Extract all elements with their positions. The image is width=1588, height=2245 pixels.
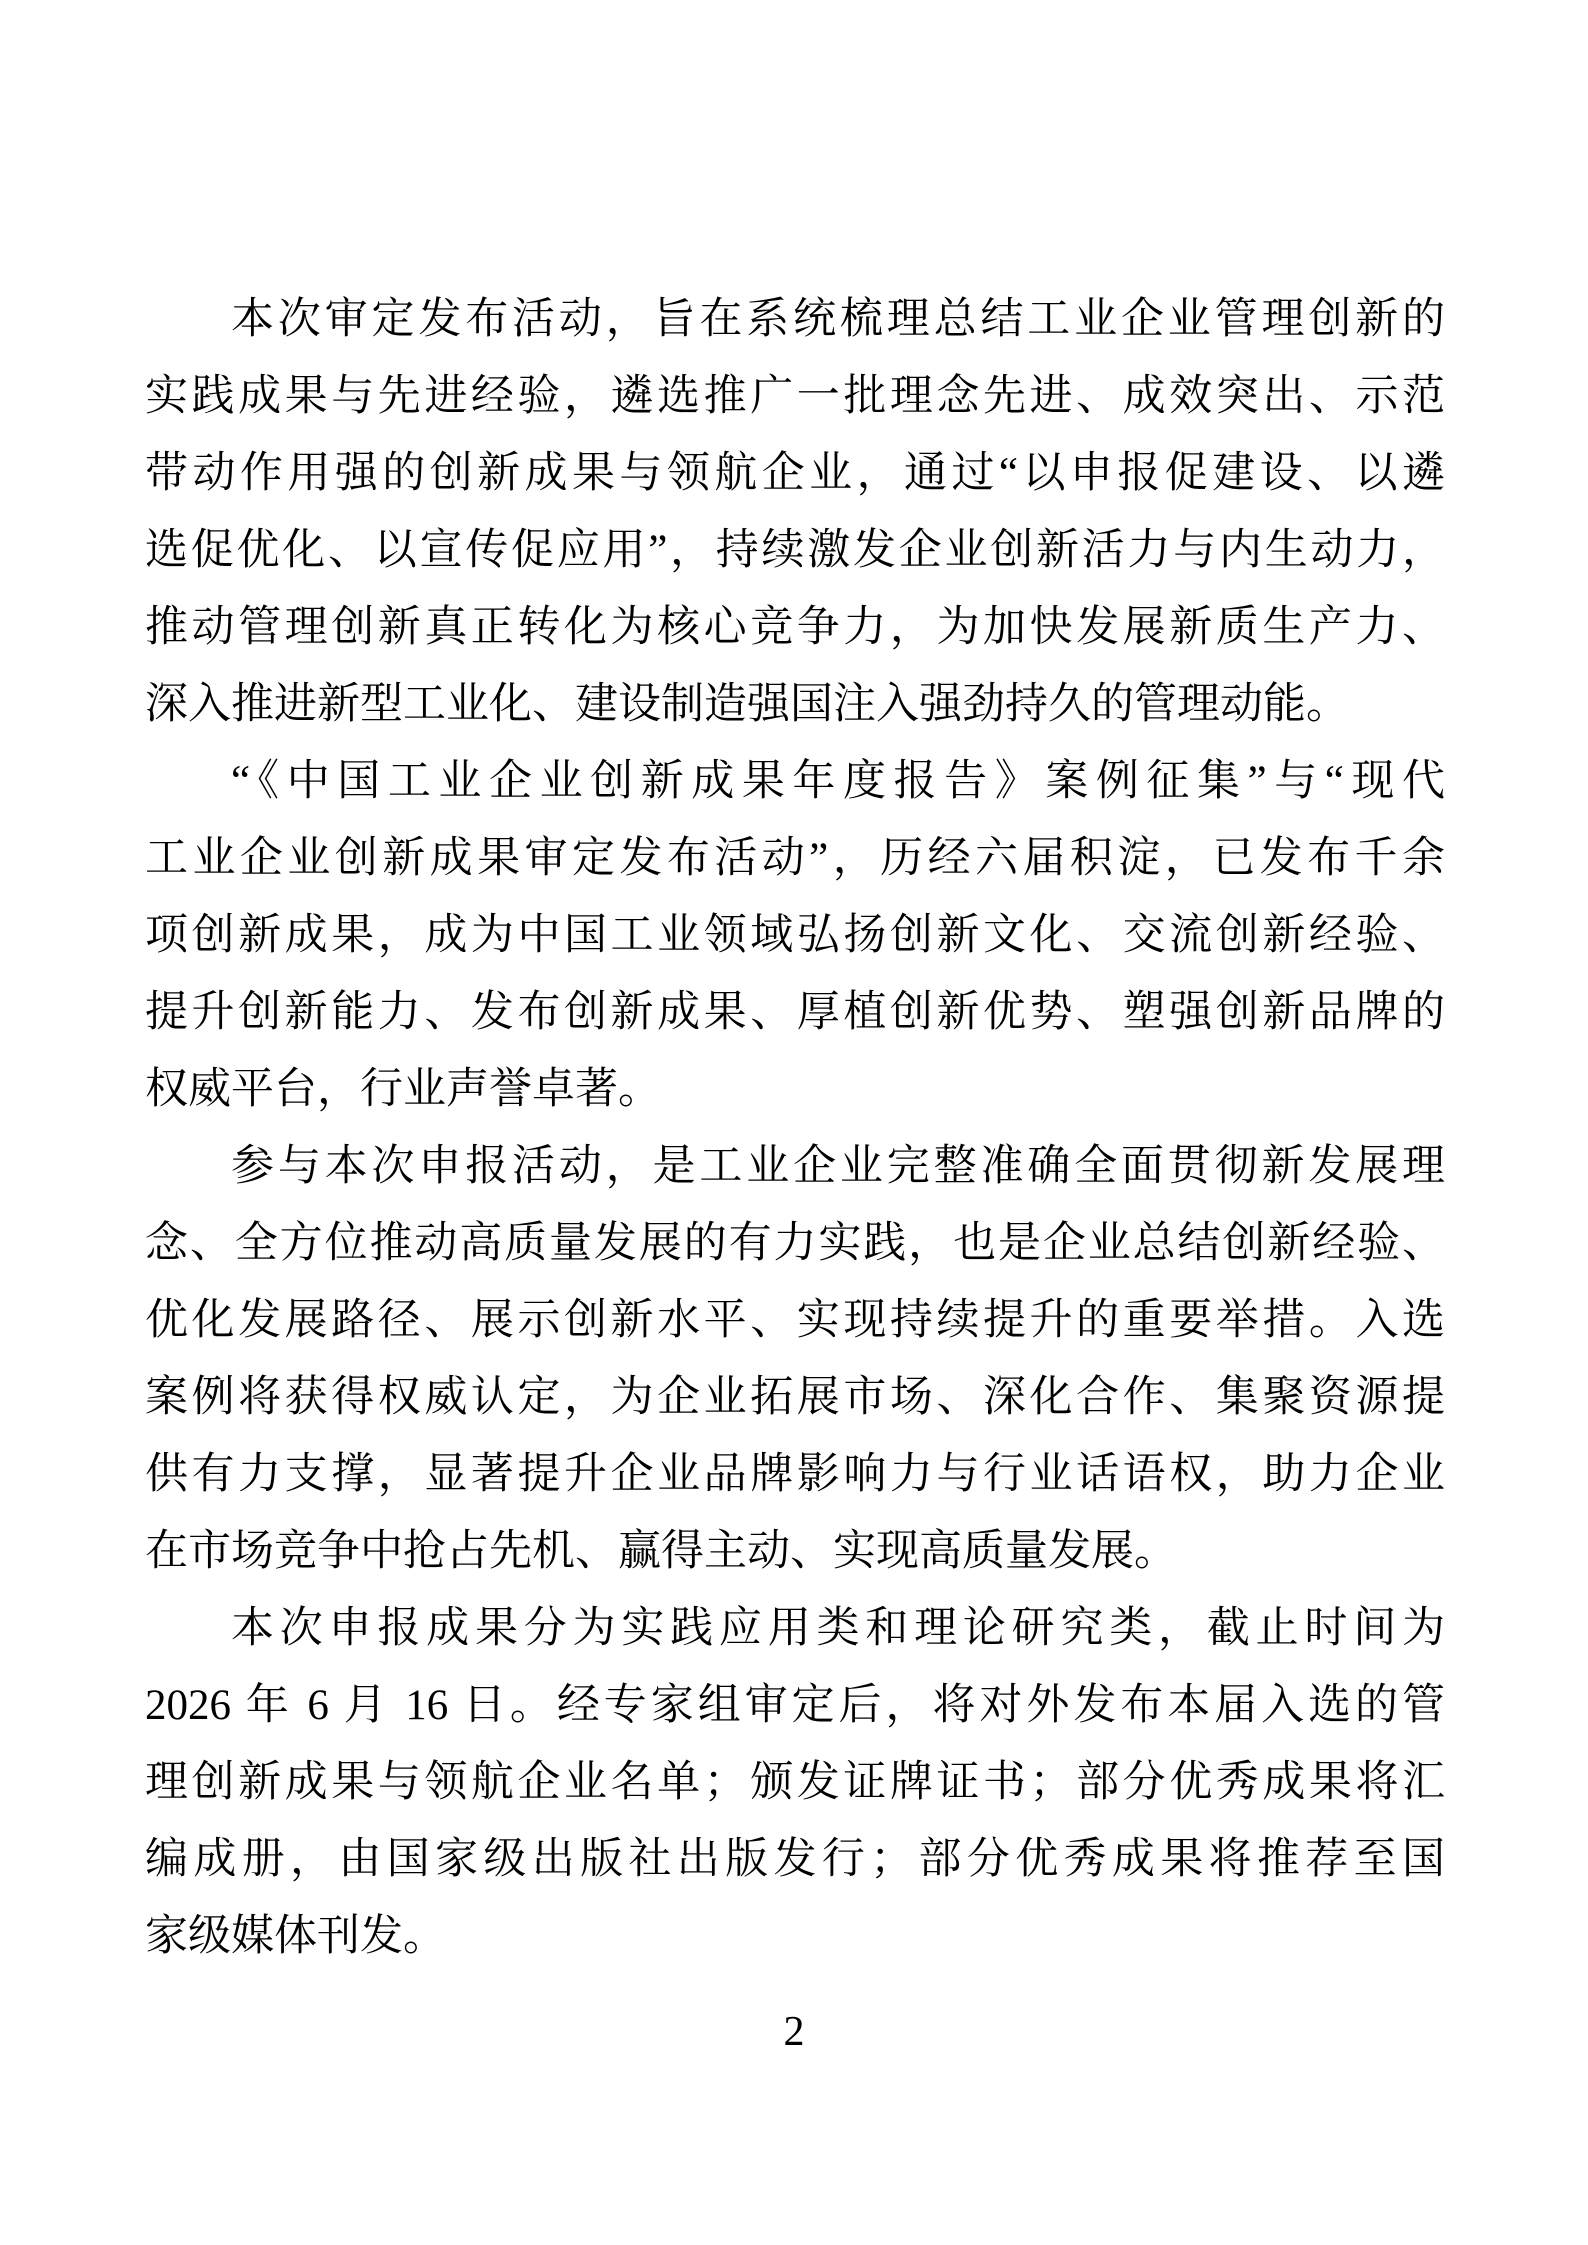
text-line: 深入推进新型工业化、建设制造强国注入强劲持久的管理动能。 [145, 666, 1445, 743]
paragraph-3: 参与本次申报活动，是工业企业完整准确全面贯彻新发展理 念、全方位推动高质量发展的… [145, 1128, 1445, 1590]
text-line: 本次审定发布活动，旨在系统梳理总结工业企业管理创新的 [145, 281, 1445, 358]
text-line: 参与本次申报活动，是工业企业完整准确全面贯彻新发展理 [145, 1128, 1445, 1205]
paragraph-2: “《中国工业企业创新成果年度报告》案例征集”与“现代 工业企业创新成果审定发布活… [145, 743, 1445, 1128]
text-line: 优化发展路径、展示创新水平、实现持续提升的重要举措。入选 [145, 1282, 1445, 1359]
text-line: 实践成果与先进经验，遴选推广一批理念先进、成效突出、示范 [145, 358, 1445, 435]
text-line: 选促优化、以宣传促应用”，持续激发企业创新活力与内生动力， [145, 512, 1445, 589]
text-line: 理创新成果与领航企业名单；颁发证牌证书；部分优秀成果将汇 [145, 1744, 1445, 1821]
text-line: 在市场竞争中抢占先机、赢得主动、实现高质量发展。 [145, 1513, 1445, 1590]
text-line: 提升创新能力、发布创新成果、厚植创新优势、塑强创新品牌的 [145, 974, 1445, 1051]
text-line: 推动管理创新真正转化为核心竞争力，为加快发展新质生产力、 [145, 589, 1445, 666]
text-line: 带动作用强的创新成果与领航企业，通过“以申报促建设、以遴 [145, 435, 1445, 512]
text-line: 工业企业创新成果审定发布活动”，历经六届积淀，已发布千余 [145, 820, 1445, 897]
text-line: 2026 年 6 月 16 日。经专家组审定后，将对外发布本届入选的管 [145, 1667, 1445, 1744]
text-line: 权威平台，行业声誉卓著。 [145, 1051, 1445, 1128]
text-line: 项创新成果，成为中国工业领域弘扬创新文化、交流创新经验、 [145, 897, 1445, 974]
paragraph-4: 本次申报成果分为实践应用类和理论研究类，截止时间为 2026 年 6 月 16 … [145, 1590, 1445, 1975]
document-body: 本次审定发布活动，旨在系统梳理总结工业企业管理创新的 实践成果与先进经验，遴选推… [145, 281, 1445, 1975]
text-line: 念、全方位推动高质量发展的有力实践，也是企业总结创新经验、 [145, 1205, 1445, 1282]
text-line: 案例将获得权威认定，为企业拓展市场、深化合作、集聚资源提 [145, 1359, 1445, 1436]
text-line: 本次申报成果分为实践应用类和理论研究类，截止时间为 [145, 1590, 1445, 1667]
page-number: 2 [0, 2008, 1588, 2056]
text-line: “《中国工业企业创新成果年度报告》案例征集”与“现代 [145, 743, 1445, 820]
text-line: 编成册，由国家级出版社出版发行；部分优秀成果将推荐至国 [145, 1821, 1445, 1898]
document-page: 本次审定发布活动，旨在系统梳理总结工业企业管理创新的 实践成果与先进经验，遴选推… [0, 0, 1588, 2245]
text-line: 供有力支撑，显著提升企业品牌影响力与行业话语权，助力企业 [145, 1436, 1445, 1513]
paragraph-1: 本次审定发布活动，旨在系统梳理总结工业企业管理创新的 实践成果与先进经验，遴选推… [145, 281, 1445, 743]
text-line: 家级媒体刊发。 [145, 1898, 1445, 1975]
